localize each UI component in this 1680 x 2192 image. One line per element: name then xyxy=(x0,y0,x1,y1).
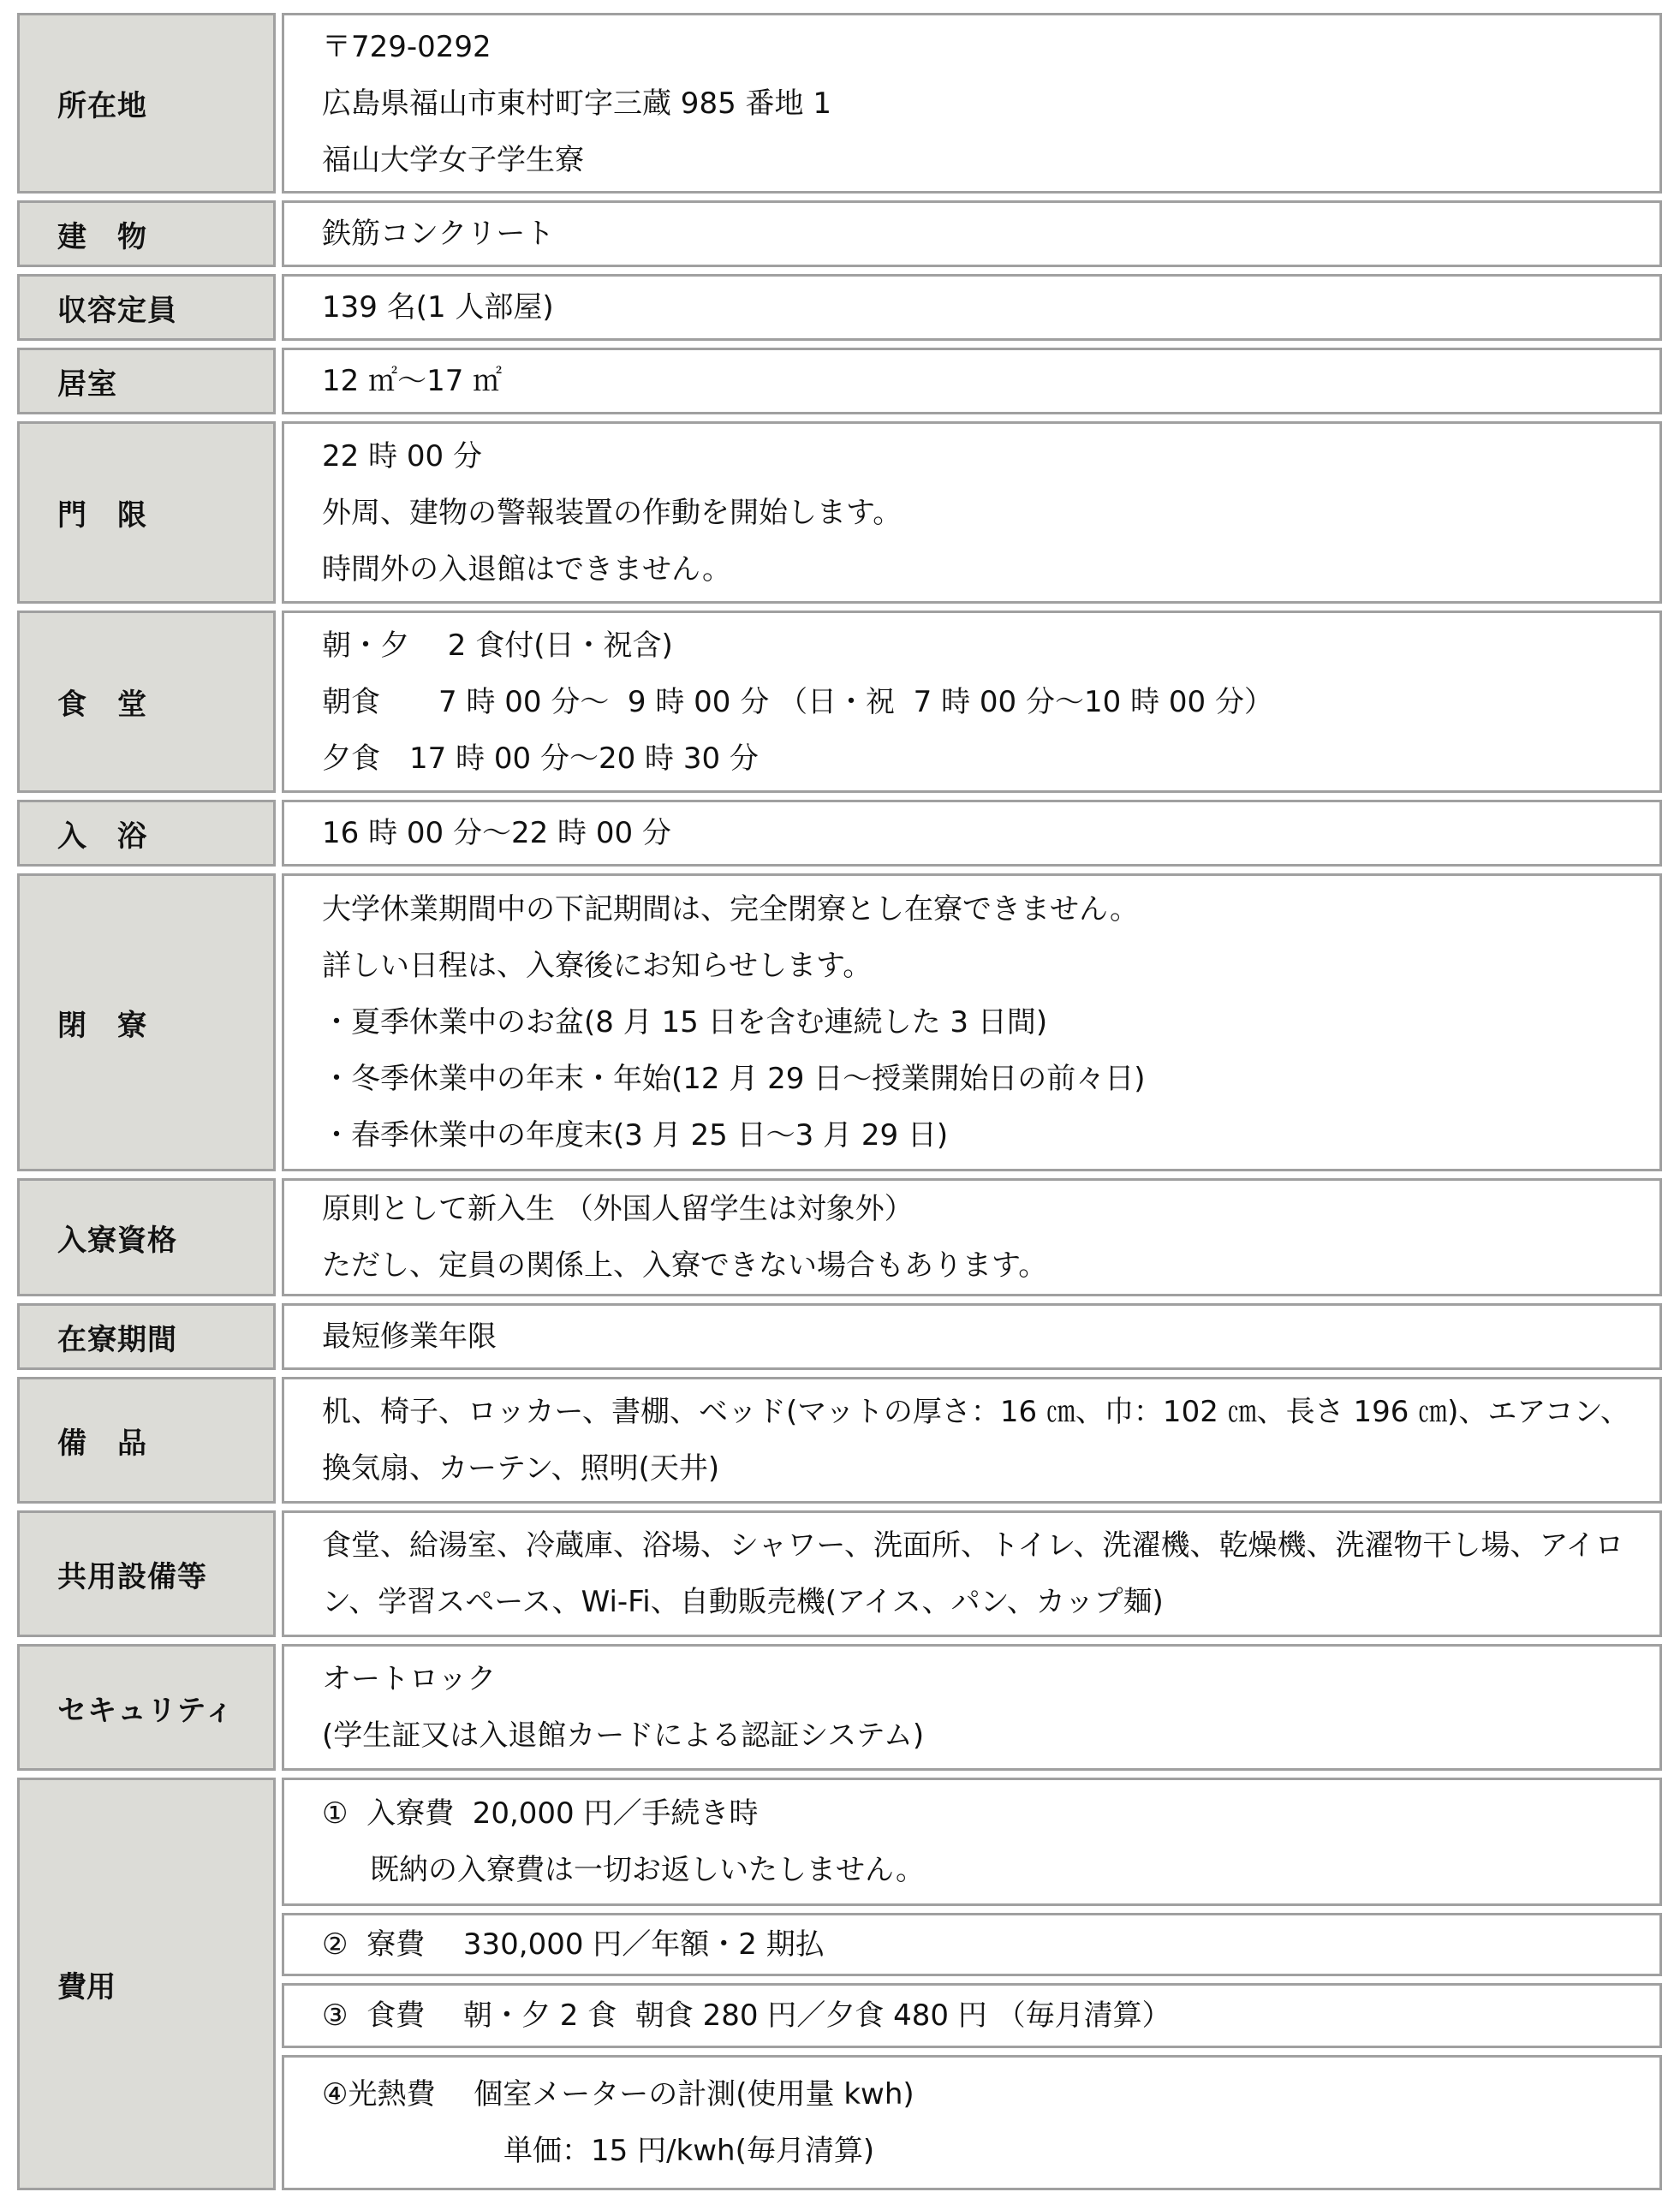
dorm-name: 福山大学女子学生寮 xyxy=(322,132,1659,188)
closure-line: 詳しい日程は、入寮後にお知らせします。 xyxy=(322,938,1659,994)
room-size: 12 ㎡～17 ㎡ xyxy=(322,353,1659,409)
dining-dinner: 夕食 17 時 00 分～20 時 30 分 xyxy=(322,730,1659,787)
closure-line: 大学休業期間中の下記期間は、完全閉寮とし在寮できません。 xyxy=(322,881,1659,938)
label-closure: 閉 寮 xyxy=(17,873,276,1171)
dormitory-info-table: 所在地 〒729-0292 広島県福山市東村町字三蔵 985 番地 1 福山大学… xyxy=(17,13,1662,2190)
value-room: 12 ㎡～17 ㎡ xyxy=(282,348,1662,414)
fee-item-meals: ③ 食費 朝・夕 2 食 朝食 280 円／夕食 480 円 （毎月清算） xyxy=(282,1983,1662,2048)
value-dining: 朝・夕 2 食付(日・祝含) 朝食 7 時 00 分～ 9 時 00 分 （日・… xyxy=(282,611,1662,793)
label-capacity: 収容定員 xyxy=(17,274,276,341)
row-location: 所在地 〒729-0292 広島県福山市東村町字三蔵 985 番地 1 福山大学… xyxy=(17,13,1662,194)
value-shared-facilities: 食堂、給湯室、冷蔵庫、浴場、シャワー、洗面所、トイレ、洗濯機、乾燥機、洗濯物干し… xyxy=(282,1510,1662,1637)
fee-item-admission: ① 入寮費 20,000 円／手続き時 既納の入寮費は一切お返しいたしません。 xyxy=(282,1778,1662,1906)
row-capacity: 収容定員 139 名(1 人部屋) xyxy=(17,274,1662,341)
value-period: 最短修業年限 xyxy=(282,1303,1662,1370)
row-shared-facilities: 共用設備等 食堂、給湯室、冷蔵庫、浴場、シャワー、洗面所、トイレ、洗濯機、乾燥機… xyxy=(17,1510,1662,1637)
curfew-note-1: 外周、建物の警報装置の作動を開始します。 xyxy=(322,485,1659,541)
curfew-note-2: 時間外の入退館はできません。 xyxy=(322,541,1659,598)
value-capacity: 139 名(1 人部屋) xyxy=(282,274,1662,341)
fee-meals-amount: ③ 食費 朝・夕 2 食 朝食 280 円／夕食 480 円 （毎月清算） xyxy=(322,1987,1659,2044)
value-security: オートロック (学生証又は入退館カードによる認証システム) xyxy=(282,1644,1662,1771)
row-fees: 費用 ① 入寮費 20,000 円／手続き時 既納の入寮費は一切お返しいたしませ… xyxy=(17,1778,1662,2190)
shared-facilities-text: 食堂、給湯室、冷蔵庫、浴場、シャワー、洗面所、トイレ、洗濯機、乾燥機、洗濯物干し… xyxy=(322,1517,1659,1630)
value-curfew: 22 時 00 分 外周、建物の警報装置の作動を開始します。 時間外の入退館はで… xyxy=(282,421,1662,604)
value-eligibility: 原則として新入生 （外国人留学生は対象外） ただし、定員の関係上、入寮できない場… xyxy=(282,1178,1662,1296)
period-text: 最短修業年限 xyxy=(322,1308,1659,1365)
dining-breakfast: 朝食 7 時 00 分～ 9 時 00 分 （日・祝 7 時 00 分～10 時… xyxy=(322,674,1659,730)
eligibility-line: 原則として新入生 （外国人留学生は対象外） xyxy=(322,1181,1659,1237)
label-eligibility: 入寮資格 xyxy=(17,1178,276,1296)
label-dining: 食 堂 xyxy=(17,611,276,793)
row-dining: 食 堂 朝・夕 2 食付(日・祝含) 朝食 7 時 00 分～ 9 時 00 分… xyxy=(17,611,1662,793)
row-bath: 入 浴 16 時 00 分～22 時 00 分 xyxy=(17,800,1662,867)
label-location: 所在地 xyxy=(17,13,276,194)
label-bath: 入 浴 xyxy=(17,800,276,867)
value-closure: 大学休業期間中の下記期間は、完全閉寮とし在寮できません。 詳しい日程は、入寮後に… xyxy=(282,873,1662,1171)
row-furnishings: 備 品 机、椅子、ロッカー、書棚、ベッド(マットの厚さ：16 ㎝、巾：102 ㎝… xyxy=(17,1377,1662,1504)
fee-dorm-amount: ② 寮費 330,000 円／年額・2 期払 xyxy=(322,1916,1659,1973)
building-type: 鉄筋コンクリート xyxy=(322,205,1659,262)
fee-admission-amount: ① 入寮費 20,000 円／手続き時 xyxy=(322,1785,1659,1842)
fee-utilities-measure: ④光熱費 個室メーターの計測(使用量 kwh) xyxy=(322,2066,1659,2123)
value-bath: 16 時 00 分～22 時 00 分 xyxy=(282,800,1662,867)
fee-utilities-rate: 単価：15 円/kwh(毎月清算) xyxy=(322,2123,1659,2179)
row-eligibility: 入寮資格 原則として新入生 （外国人留学生は対象外） ただし、定員の関係上、入寮… xyxy=(17,1178,1662,1296)
address: 広島県福山市東村町字三蔵 985 番地 1 xyxy=(322,75,1659,132)
fee-item-utilities: ④光熱費 個室メーターの計測(使用量 kwh) 単価：15 円/kwh(毎月清算… xyxy=(282,2055,1662,2190)
label-room: 居室 xyxy=(17,348,276,414)
closure-line: ・冬季休業中の年末・年始(12 月 29 日～授業開始日の前々日) xyxy=(322,1051,1659,1107)
dining-meals: 朝・夕 2 食付(日・祝含) xyxy=(322,617,1659,674)
fee-item-dorm: ② 寮費 330,000 円／年額・2 期払 xyxy=(282,1913,1662,1976)
row-curfew: 門 限 22 時 00 分 外周、建物の警報装置の作動を開始します。 時間外の入… xyxy=(17,421,1662,604)
label-building: 建 物 xyxy=(17,200,276,267)
label-security: セキュリティ xyxy=(17,1644,276,1771)
label-curfew: 門 限 xyxy=(17,421,276,604)
closure-line: ・夏季休業中のお盆(8 月 15 日を含む連続した 3 日間) xyxy=(322,994,1659,1051)
value-location: 〒729-0292 広島県福山市東村町字三蔵 985 番地 1 福山大学女子学生… xyxy=(282,13,1662,194)
row-closure: 閉 寮 大学休業期間中の下記期間は、完全閉寮とし在寮できません。 詳しい日程は、… xyxy=(17,873,1662,1171)
row-security: セキュリティ オートロック (学生証又は入退館カードによる認証システム) xyxy=(17,1644,1662,1771)
value-building: 鉄筋コンクリート xyxy=(282,200,1662,267)
eligibility-line: ただし、定員の関係上、入寮できない場合もあります。 xyxy=(322,1237,1659,1294)
closure-line: ・春季休業中の年度末(3 月 25 日～3 月 29 日) xyxy=(322,1107,1659,1164)
fee-admission-note: 既納の入寮費は一切お返しいたしません。 xyxy=(322,1842,1659,1898)
bath-hours: 16 時 00 分～22 時 00 分 xyxy=(322,805,1659,861)
row-period: 在寮期間 最短修業年限 xyxy=(17,1303,1662,1370)
security-line: (学生証又は入退館カードによる認証システム) xyxy=(322,1707,1659,1764)
label-period: 在寮期間 xyxy=(17,1303,276,1370)
label-shared-facilities: 共用設備等 xyxy=(17,1510,276,1637)
curfew-time: 22 時 00 分 xyxy=(322,428,1659,485)
capacity-text: 139 名(1 人部屋) xyxy=(322,279,1659,336)
value-furnishings: 机、椅子、ロッカー、書棚、ベッド(マットの厚さ：16 ㎝、巾：102 ㎝、長さ … xyxy=(282,1377,1662,1504)
furnishings-text: 机、椅子、ロッカー、書棚、ベッド(マットの厚さ：16 ㎝、巾：102 ㎝、長さ … xyxy=(322,1384,1659,1497)
label-fees: 費用 xyxy=(17,1778,276,2190)
fee-items: ① 入寮費 20,000 円／手続き時 既納の入寮費は一切お返しいたしません。 … xyxy=(282,1778,1662,2190)
label-furnishings: 備 品 xyxy=(17,1377,276,1504)
row-building: 建 物 鉄筋コンクリート xyxy=(17,200,1662,267)
row-room: 居室 12 ㎡～17 ㎡ xyxy=(17,348,1662,414)
security-line: オートロック xyxy=(322,1651,1659,1707)
postal-code: 〒729-0292 xyxy=(322,19,1659,75)
